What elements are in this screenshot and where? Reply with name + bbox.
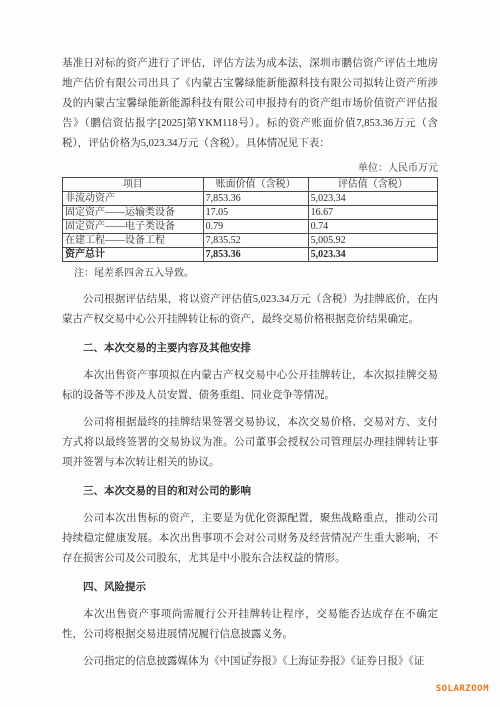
table-row-construction-equipment: 在建工程——设备工程 7,835.52 5,005.92 [63, 234, 438, 248]
table-header-row: 项目 账面价值（含税） 评估值（含税） [63, 178, 438, 192]
row-item-label: 固定资产——电子类设备 [63, 220, 204, 234]
table-footnote: 注：尾差系四舍五入导致。 [62, 264, 438, 283]
table-row-assets-total: 资产总计 7,853.36 5,023.34 [63, 248, 438, 262]
row-item-label: 固定资产——运输类设备 [63, 206, 204, 220]
paragraph-section2-2: 公司将根据最终的挂牌结果签署交易协议，本次交易价格、交易对方、支付方式将以最终签… [62, 413, 438, 473]
asset-valuation-table: 项目 账面价值（含税） 评估值（含税） 非流动资产 7,853.36 5,023… [62, 177, 438, 262]
row-book-value: 7,853.36 [203, 248, 308, 262]
row-appraised-value: 0.74 [308, 220, 437, 234]
row-book-value: 7,853.36 [203, 192, 308, 206]
table-header-item: 项目 [63, 178, 204, 192]
row-book-value: 17.05 [203, 206, 308, 220]
table-header-book-value: 账面价值（含税） [203, 178, 308, 192]
paragraph-section4-1: 本次出售资产事项尚需履行公开挂牌转让程序，交易能否达成存在不确定性，公司将根据交… [62, 605, 438, 645]
row-item-label: 在建工程——设备工程 [63, 234, 204, 248]
paragraph-listing-price: 公司根据评估结果，将以资产评估值5,023.34万元（含税）为挂牌底价，在内蒙古… [62, 290, 438, 330]
row-item-label: 资产总计 [63, 248, 204, 262]
section-heading-4: 四、风险提示 [62, 578, 438, 598]
table-row-fixed-transport: 固定资产——运输类设备 17.05 16.67 [63, 206, 438, 220]
solarzoom-watermark: SOLARZOOM [436, 684, 489, 694]
paragraph-section2-1: 本次出售资产事项拟在内蒙古产权交易中心公开挂牌转让，本次拟挂牌交易标的设备等不涉… [62, 366, 438, 406]
paragraph-section3-1: 公司本次出售标的资产，主要是为优化资源配置，聚焦战略重点，推动公司持续稳定健康发… [62, 509, 438, 569]
row-appraised-value: 16.67 [308, 206, 437, 220]
row-item-label: 非流动资产 [63, 192, 204, 206]
document-content: 基准日对标的资产进行了评估，评估方法为成本法，深圳市鹏信资产评估土地房地产估价有… [62, 54, 438, 672]
row-appraised-value: 5,005.92 [308, 234, 437, 248]
page-number: 2 [0, 650, 500, 660]
section-heading-2: 二、本次交易的主要内容及其他安排 [62, 339, 438, 359]
paragraph-valuation-continuation: 基准日对标的资产进行了评估，评估方法为成本法，深圳市鹏信资产评估土地房地产估价有… [62, 54, 438, 154]
table-header-appraised-value: 评估值（含税） [308, 178, 437, 192]
row-appraised-value: 5,023.34 [308, 248, 437, 262]
row-book-value: 7,835.52 [203, 234, 308, 248]
row-book-value: 0.79 [203, 220, 308, 234]
table-unit-label: 单位：人民币万元 [62, 161, 438, 176]
document-page: 基准日对标的资产进行了评估，评估方法为成本法，深圳市鹏信资产评估土地房地产估价有… [0, 0, 500, 707]
table-row-fixed-electronic: 固定资产——电子类设备 0.79 0.74 [63, 220, 438, 234]
table-row-noncurrent-assets: 非流动资产 7,853.36 5,023.34 [63, 192, 438, 206]
row-appraised-value: 5,023.34 [308, 192, 437, 206]
section-heading-3: 三、本次交易的目的和对公司的影响 [62, 482, 438, 502]
